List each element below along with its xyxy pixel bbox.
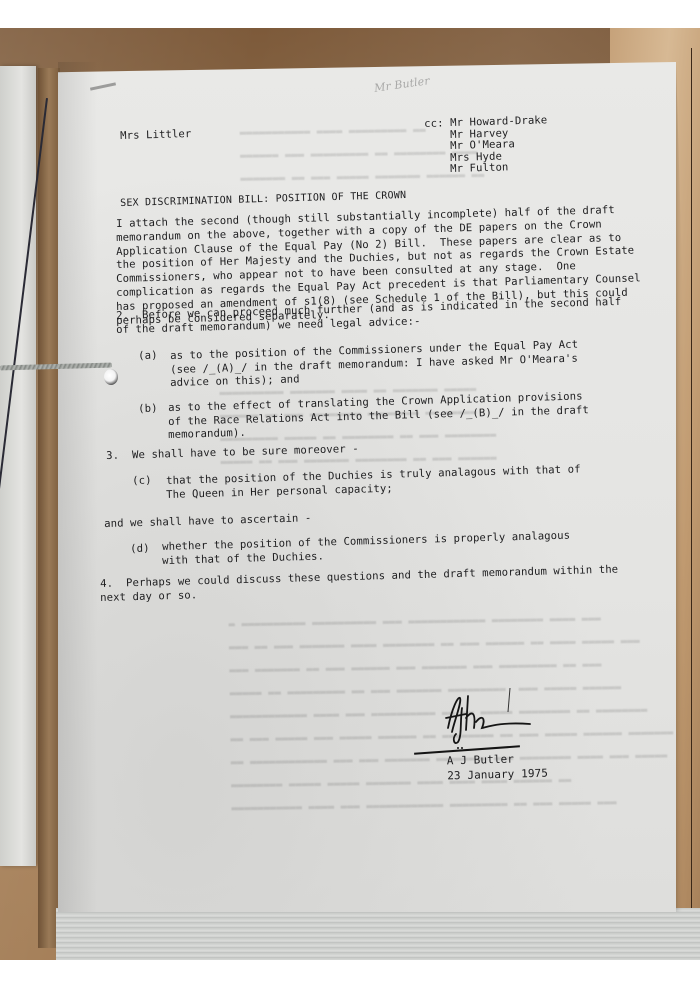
signature-block: A J Butler 23 January 1975 <box>447 751 549 784</box>
treasury-tag-string <box>0 363 112 371</box>
signatory-name: A J Butler <box>447 753 515 768</box>
cc-label: cc: <box>424 117 444 131</box>
bottom-margin <box>0 960 700 990</box>
item-d-label: (d) <box>130 542 150 556</box>
memo-content: ▬▬▬▬▬▬▬▬▬▬▬ ▬▬▬▬ ▬▬▬▬▬▬▬▬▬ ▬▬ ▬▬▬▬▬▬ ▬▬▬… <box>0 0 700 990</box>
item-a-label: (a) <box>138 349 158 363</box>
paragraph-4-line: next day or so. <box>100 589 198 605</box>
cc-recipient: Mr Fulton <box>450 161 509 176</box>
item-c-label: (c) <box>132 474 152 488</box>
addressee: Mrs Littler <box>120 128 192 143</box>
item-b-label: (b) <box>138 402 158 416</box>
memo-subject: SEX DISCRIMINATION BILL: POSITION OF THE… <box>120 189 406 210</box>
punch-hole-eyelet <box>104 369 118 385</box>
paragraph-3b: and we shall have to ascertain - <box>104 512 312 531</box>
memo-date: 23 January 1975 <box>447 767 548 783</box>
pencil-annotation: Mr Butler <box>373 74 430 95</box>
ink-smudge <box>90 82 116 90</box>
item-d-line: whether the position of the Commissioner… <box>162 530 570 555</box>
item-b-line: memorandum). <box>168 427 246 442</box>
handwritten-signature <box>440 688 540 752</box>
show-through-text: ▬▬▬▬▬▬▬▬▬▬▬ ▬▬▬▬ ▬▬▬▬▬▬▬▬▬ ▬▬ ▬▬▬▬▬▬ ▬▬▬… <box>239 118 484 191</box>
